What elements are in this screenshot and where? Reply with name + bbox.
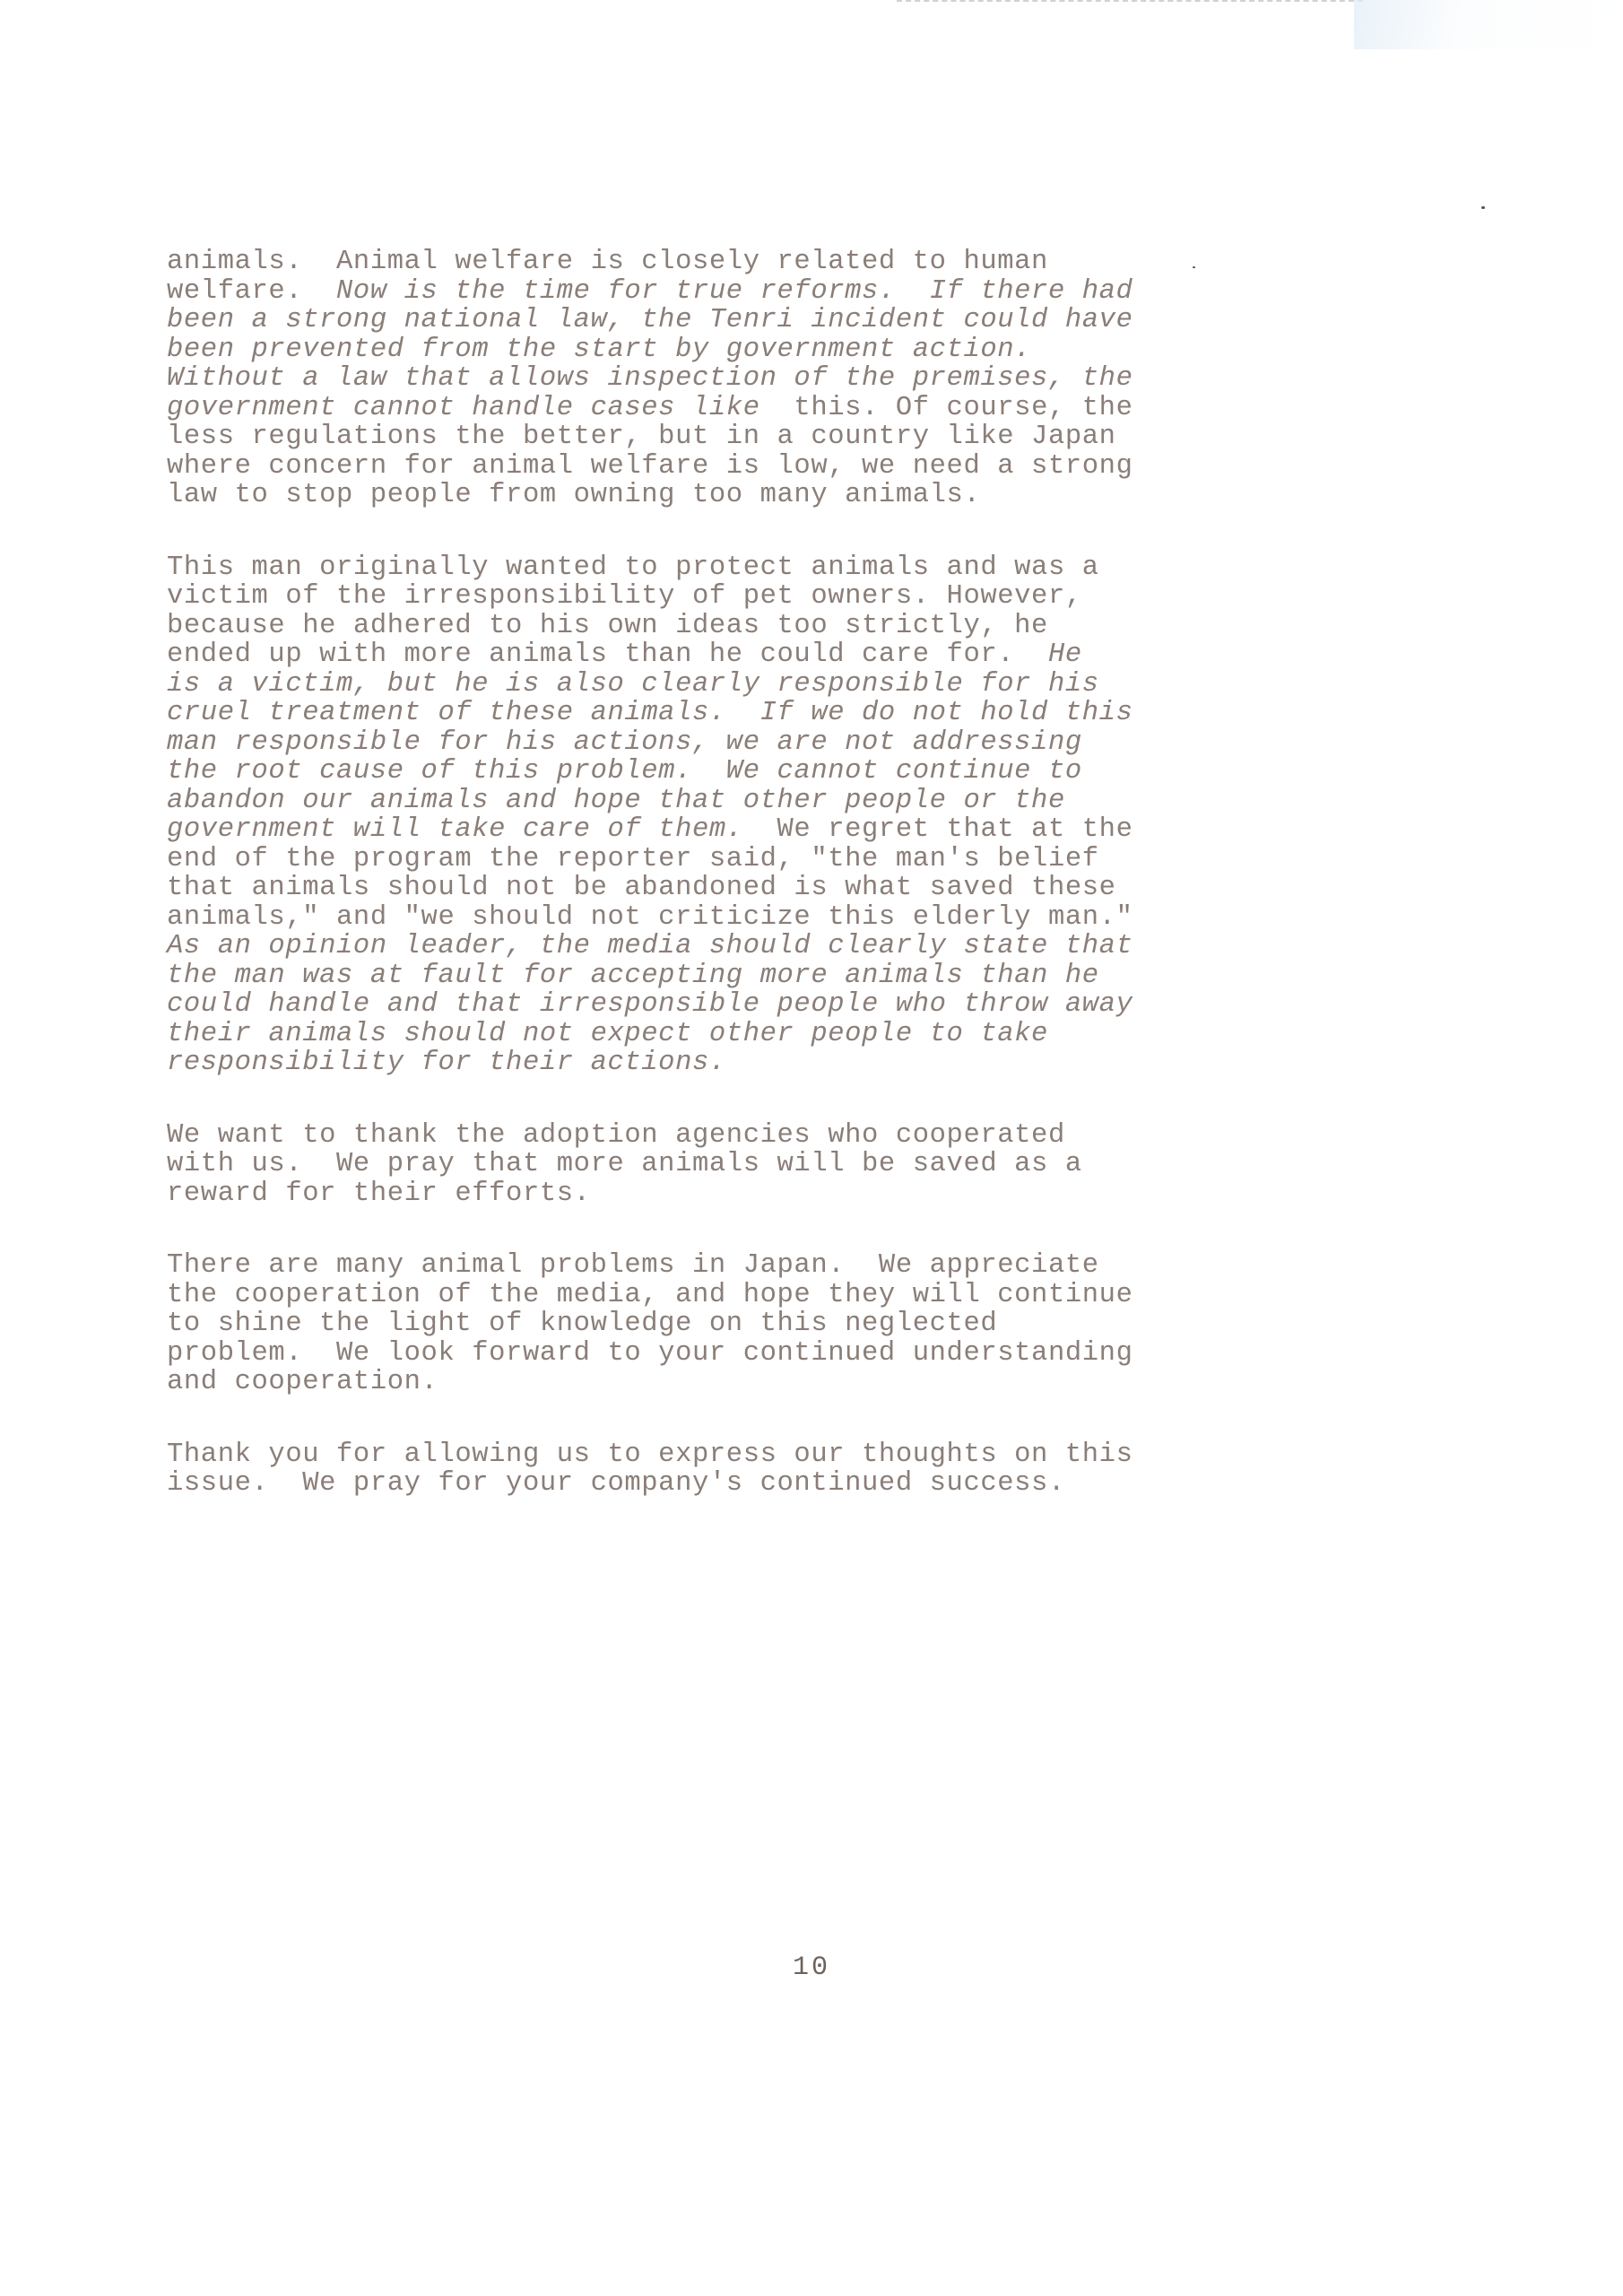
text: this. Of course, the bbox=[794, 393, 1133, 423]
italic-text: could handle and that irresponsible peop… bbox=[167, 989, 1133, 1020]
letter-body: animals. Animal welfare is closely relat… bbox=[167, 248, 1306, 1542]
text: There are many animal problems in Japan.… bbox=[167, 1250, 1099, 1281]
text: the cooperation of the media, and hope t… bbox=[167, 1280, 1133, 1310]
scan-top-edge bbox=[897, 0, 1363, 4]
scan-corner-shadow bbox=[1354, 0, 1623, 49]
text-line: end of the program the reporter said, "t… bbox=[167, 845, 1306, 874]
text-line: could handle and that irresponsible peop… bbox=[167, 990, 1306, 1020]
text-line: ended up with more animals than he could… bbox=[167, 640, 1306, 670]
paragraph-4: There are many animal problems in Japan.… bbox=[167, 1251, 1306, 1397]
document-page: animals. Animal welfare is closely relat… bbox=[0, 0, 1623, 2296]
text-line: been prevented from the start by governm… bbox=[167, 335, 1306, 365]
italic-text: their animals should not expect other pe… bbox=[167, 1019, 1048, 1049]
text-line: victim of the irresponsibility of pet ow… bbox=[167, 582, 1306, 612]
text-line: where concern for animal welfare is low,… bbox=[167, 452, 1306, 482]
italic-text: been prevented from the start by governm… bbox=[167, 335, 1031, 365]
text: welfare. bbox=[167, 276, 336, 307]
text: problem. We look forward to your continu… bbox=[167, 1338, 1133, 1369]
text: law to stop people from owning too many … bbox=[167, 480, 980, 510]
text: This man originally wanted to protect an… bbox=[167, 552, 1099, 583]
text: to shine the light of knowledge on this … bbox=[167, 1309, 997, 1339]
text-line: cruel treatment of these animals. If we … bbox=[167, 699, 1306, 728]
italic-text: He bbox=[1048, 639, 1082, 670]
text: less regulations the better, but in a co… bbox=[167, 422, 1116, 452]
text-line: animals. Animal welfare is closely relat… bbox=[167, 248, 1306, 277]
text-line: government cannot handle cases like this… bbox=[167, 394, 1306, 423]
italic-text: As an opinion leader, the media should c… bbox=[167, 931, 1133, 961]
scan-speck bbox=[1481, 206, 1485, 209]
text: animals. Animal welfare is closely relat… bbox=[167, 247, 1048, 277]
italic-text: Without a law that allows inspection of … bbox=[167, 363, 1133, 394]
text-line: been a strong national law, the Tenri in… bbox=[167, 306, 1306, 335]
text-line: with us. We pray that more animals will … bbox=[167, 1150, 1306, 1179]
italic-text: been a strong national law, the Tenri in… bbox=[167, 305, 1133, 335]
text: animals," and "we should not criticize t… bbox=[167, 902, 1133, 933]
text-line: is a victim, but he is also clearly resp… bbox=[167, 670, 1306, 700]
text-line: and cooperation. bbox=[167, 1368, 1306, 1397]
paragraph-1: animals. Animal welfare is closely relat… bbox=[167, 248, 1306, 510]
text-line: to shine the light of knowledge on this … bbox=[167, 1309, 1306, 1339]
italic-text: abandon our animals and hope that other … bbox=[167, 786, 1065, 816]
text-line: There are many animal problems in Japan.… bbox=[167, 1251, 1306, 1281]
text-line: Without a law that allows inspection of … bbox=[167, 364, 1306, 394]
text-line: Thank you for allowing us to express our… bbox=[167, 1440, 1306, 1470]
text-line: responsibility for their actions. bbox=[167, 1048, 1306, 1078]
text-line: the man was at fault for accepting more … bbox=[167, 961, 1306, 991]
italic-text: government will take care of them. bbox=[167, 814, 777, 845]
paragraph-3: We want to thank the adoption agencies w… bbox=[167, 1121, 1306, 1209]
text: end of the program the reporter said, "t… bbox=[167, 844, 1099, 874]
page-number: 10 bbox=[0, 1952, 1623, 1983]
text: We want to thank the adoption agencies w… bbox=[167, 1120, 1065, 1151]
italic-text: man responsible for his actions, we are … bbox=[167, 727, 1082, 758]
text: issue. We pray for your company's contin… bbox=[167, 1468, 1065, 1499]
text-line: that animals should not be abandoned is … bbox=[167, 874, 1306, 903]
italic-text: the root cause of this problem. We canno… bbox=[167, 756, 1082, 787]
text-line: law to stop people from owning too many … bbox=[167, 481, 1306, 510]
text: because he adhered to his own ideas too … bbox=[167, 611, 1048, 641]
italic-text: the man was at fault for accepting more … bbox=[167, 961, 1099, 991]
text-line: animals," and "we should not criticize t… bbox=[167, 903, 1306, 933]
text-line: As an opinion leader, the media should c… bbox=[167, 932, 1306, 961]
italic-text: responsibility for their actions. bbox=[167, 1048, 726, 1078]
italic-text: Now is the time for true reforms. If the… bbox=[336, 276, 1133, 307]
paragraph-5: Thank you for allowing us to express our… bbox=[167, 1440, 1306, 1499]
text-line: We want to thank the adoption agencies w… bbox=[167, 1121, 1306, 1151]
text-line: the root cause of this problem. We canno… bbox=[167, 757, 1306, 787]
italic-text: government cannot handle cases like bbox=[167, 393, 794, 423]
text-line: abandon our animals and hope that other … bbox=[167, 787, 1306, 816]
text: reward for their efforts. bbox=[167, 1178, 591, 1209]
text: ended up with more animals than he could… bbox=[167, 639, 1048, 670]
text-line: government will take care of them. We re… bbox=[167, 815, 1306, 845]
italic-text: cruel treatment of these animals. If we … bbox=[167, 698, 1133, 728]
text: that animals should not be abandoned is … bbox=[167, 873, 1116, 903]
paragraph-2: This man originally wanted to protect an… bbox=[167, 553, 1306, 1078]
text: Thank you for allowing us to express our… bbox=[167, 1439, 1133, 1470]
text-line: reward for their efforts. bbox=[167, 1179, 1306, 1209]
text-line: This man originally wanted to protect an… bbox=[167, 553, 1306, 583]
text-line: the cooperation of the media, and hope t… bbox=[167, 1281, 1306, 1310]
italic-text: is a victim, but he is also clearly resp… bbox=[167, 669, 1099, 700]
text: We regret that at the bbox=[777, 814, 1133, 845]
text-line: because he adhered to his own ideas too … bbox=[167, 612, 1306, 641]
text: with us. We pray that more animals will … bbox=[167, 1149, 1082, 1179]
text-line: less regulations the better, but in a co… bbox=[167, 422, 1306, 452]
text: where concern for animal welfare is low,… bbox=[167, 451, 1133, 482]
text: and cooperation. bbox=[167, 1367, 438, 1397]
text: victim of the irresponsibility of pet ow… bbox=[167, 581, 1082, 612]
text-line: problem. We look forward to your continu… bbox=[167, 1339, 1306, 1369]
text-line: man responsible for his actions, we are … bbox=[167, 728, 1306, 758]
text-line: issue. We pray for your company's contin… bbox=[167, 1469, 1306, 1499]
text-line: their animals should not expect other pe… bbox=[167, 1020, 1306, 1049]
text-line: welfare. Now is the time for true reform… bbox=[167, 277, 1306, 307]
